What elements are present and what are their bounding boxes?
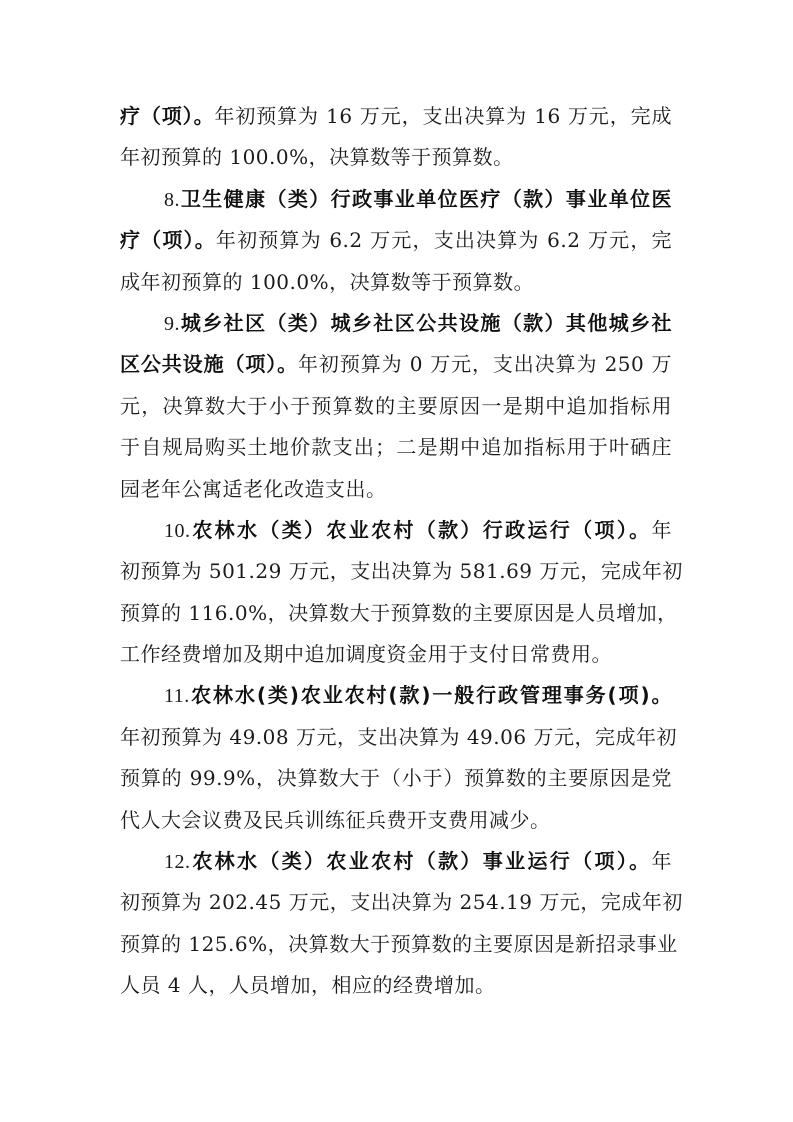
- paragraph-item-12: 12.农林水（类）农业农村（款）事业运行（项）。年 初预算为 202.45 万元…: [120, 841, 672, 1007]
- item-body: 初预算为 501.29 万元，支出决算为 581.69 万元，完成年初: [120, 559, 683, 583]
- item-title: 农林水(类)农业农村(款)一般行政管理事务(项)。: [190, 683, 672, 707]
- item-body: 于自规局购买土地价款支出；二是期中追加指标用于叶硒庄: [120, 435, 672, 459]
- paragraph-item-8: 8.卫生健康（类）行政事业单位医疗（款）事业单位医 疗（项）。年初预算为 6.2…: [120, 179, 672, 303]
- item-number: 10.: [164, 520, 191, 542]
- item-body: 预算的 125.6%，决算数大于预算数的主要原因是新招录事业: [120, 932, 678, 956]
- item-title: 区公共设施（项）。: [120, 352, 298, 376]
- item-body: 初预算为 202.45 万元，支出决算为 254.19 万元，完成年初: [120, 890, 683, 914]
- item-body: 代人大会议费及民兵训练征兵费开支费用减少。: [120, 808, 551, 832]
- paragraph-item-7-continued: 疗（项）。年初预算为 16 万元，支出决算为 16 万元，完成 年初预算的 10…: [120, 96, 672, 179]
- text-line: 10.农林水（类）农业农村（款）行政运行（项）。年: [120, 510, 672, 551]
- item-body: 年初预算为 6.2 万元，支出决算为 6.2 万元，完: [216, 228, 672, 252]
- item-body: 园老年公寓适老化改造支出。: [120, 477, 387, 501]
- item-title: 疗（项）。: [120, 104, 214, 128]
- item-body: 预算的 99.9%，决算数大于（小于）预算数的主要原因是党: [120, 766, 672, 790]
- text-line: 于自规局购买土地价款支出；二是期中追加指标用于叶硒庄: [120, 427, 672, 468]
- item-body: 年初预算的 100.0%，决算数等于预算数。: [120, 145, 514, 169]
- text-line: 8.卫生健康（类）行政事业单位医疗（款）事业单位医: [120, 179, 672, 220]
- item-title: 疗（项）。: [120, 228, 216, 252]
- paragraph-item-10: 10.农林水（类）农业农村（款）行政运行（项）。年 初预算为 501.29 万元…: [120, 510, 672, 676]
- paragraph-item-11: 11.农林水(类)农业农村(款)一般行政管理事务(项)。 年初预算为 49.08…: [120, 675, 672, 841]
- text-line: 元，决算数大于小于预算数的主要原因一是期中追加指标用: [120, 386, 672, 427]
- item-number: 12.: [164, 851, 191, 873]
- text-line: 初预算为 501.29 万元，支出决算为 581.69 万元，完成年初: [120, 551, 672, 592]
- paragraph-item-9: 9.城乡社区（类）城乡社区公共设施（款）其他城乡社 区公共设施（项）。年初预算为…: [120, 303, 672, 510]
- item-body: 元，决算数大于小于预算数的主要原因一是期中追加指标用: [120, 394, 672, 418]
- item-title: 城乡社区（类）城乡社区公共设施（款）其他城乡社: [180, 311, 672, 335]
- item-title: 农林水（类）农业农村（款）行政运行（项）。: [191, 518, 652, 542]
- item-body: 年初预算为 16 万元，支出决算为 16 万元，完成: [214, 104, 672, 128]
- text-line: 9.城乡社区（类）城乡社区公共设施（款）其他城乡社: [120, 303, 672, 344]
- item-number: 11.: [164, 685, 190, 707]
- text-line: 疗（项）。年初预算为 16 万元，支出决算为 16 万元，完成: [120, 96, 672, 137]
- text-line: 工作经费增加及期中追加调度资金用于支付日常费用。: [120, 634, 672, 675]
- text-line: 人员 4 人，人员增加，相应的经费增加。: [120, 965, 672, 1006]
- text-line: 预算的 125.6%，决算数大于预算数的主要原因是新招录事业: [120, 924, 672, 965]
- item-body: 工作经费增加及期中追加调度资金用于支付日常费用。: [120, 642, 612, 666]
- item-body: 年: [652, 518, 673, 542]
- text-line: 年初预算为 49.08 万元，支出决算为 49.06 万元，完成年初: [120, 717, 672, 758]
- item-title: 卫生健康（类）行政事业单位医疗（款）事业单位医: [180, 187, 672, 211]
- text-line: 园老年公寓适老化改造支出。: [120, 469, 672, 510]
- item-body: 成年初预算的 100.0%，决算数等于预算数。: [120, 270, 534, 294]
- item-body: 预算的 116.0%，决算数大于预算数的主要原因是人员增加，: [120, 601, 678, 625]
- text-line: 区公共设施（项）。年初预算为 0 万元，支出决算为 250 万: [120, 344, 672, 385]
- item-body: 年初预算为 49.08 万元，支出决算为 49.06 万元，完成年初: [120, 725, 677, 749]
- text-line: 预算的 99.9%，决算数大于（小于）预算数的主要原因是党: [120, 758, 672, 799]
- text-line: 成年初预算的 100.0%，决算数等于预算数。: [120, 262, 672, 303]
- item-number: 9.: [164, 313, 180, 335]
- text-line: 代人大会议费及民兵训练征兵费开支费用减少。: [120, 800, 672, 841]
- text-line: 疗（项）。年初预算为 6.2 万元，支出决算为 6.2 万元，完: [120, 220, 672, 261]
- text-line: 初预算为 202.45 万元，支出决算为 254.19 万元，完成年初: [120, 882, 672, 923]
- item-body: 人员 4 人，人员增加，相应的经费增加。: [120, 973, 495, 997]
- document-page: 疗（项）。年初预算为 16 万元，支出决算为 16 万元，完成 年初预算的 10…: [120, 96, 672, 1007]
- text-line: 12.农林水（类）农业农村（款）事业运行（项）。年: [120, 841, 672, 882]
- item-number: 8.: [164, 189, 180, 211]
- text-line: 11.农林水(类)农业农村(款)一般行政管理事务(项)。: [120, 675, 672, 716]
- item-body: 年: [652, 849, 673, 873]
- text-line: 预算的 116.0%，决算数大于预算数的主要原因是人员增加，: [120, 593, 672, 634]
- item-body: 年初预算为 0 万元，支出决算为 250 万: [298, 352, 672, 376]
- text-line: 年初预算的 100.0%，决算数等于预算数。: [120, 137, 672, 178]
- item-title: 农林水（类）农业农村（款）事业运行（项）。: [191, 849, 652, 873]
